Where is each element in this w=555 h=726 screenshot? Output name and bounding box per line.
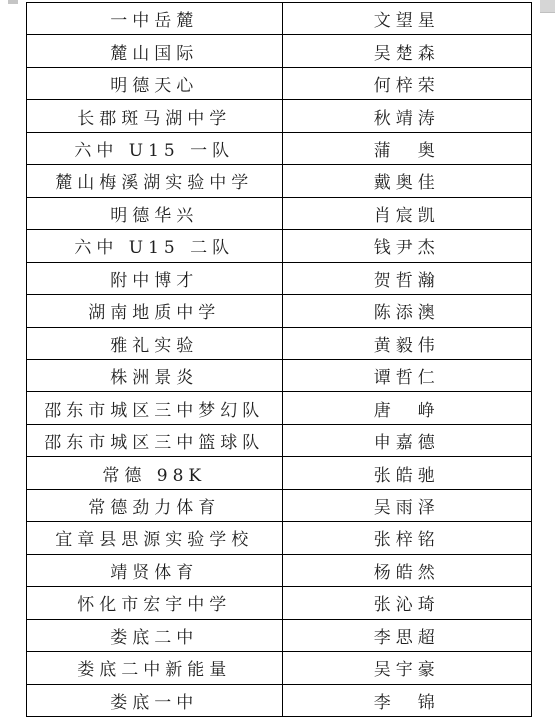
player-name-cell: 杨皓然: [282, 554, 531, 586]
player-name-cell: 申嘉德: [282, 424, 531, 456]
team-name-cell: 邵东市城区三中篮球队: [27, 424, 283, 456]
table-row: 靖贤体育 杨皓然: [27, 554, 532, 586]
team-name-cell: 邵东市城区三中梦幻队: [27, 392, 283, 424]
table-row: 附中博才 贺哲瀚: [27, 262, 532, 294]
team-name-cell: 娄底一中: [27, 684, 283, 716]
player-name-cell: 张梓铭: [282, 522, 531, 554]
team-name-cell: 明德天心: [27, 67, 283, 99]
player-name-cell: 李思超: [282, 619, 531, 651]
player-name-cell: 吴楚森: [282, 35, 531, 67]
ui-fragment-top-left: [8, 0, 18, 4]
team-name-cell: 六中 U15 一队: [27, 132, 283, 164]
player-name-cell: 唐 峥: [282, 392, 531, 424]
table-row: 明德华兴 肖宸凯: [27, 197, 532, 229]
player-name-cell: 吴雨泽: [282, 489, 531, 521]
team-name-cell: 附中博才: [27, 262, 283, 294]
player-name-cell: 肖宸凯: [282, 197, 531, 229]
team-name-cell: 常德 98K: [27, 457, 283, 489]
player-name-cell: 戴奥佳: [282, 165, 531, 197]
team-name-cell: 雅礼实验: [27, 327, 283, 359]
team-name-cell: 常德劲力体育: [27, 489, 283, 521]
table-row: 湖南地质中学 陈添澳: [27, 295, 532, 327]
table-row: 麓山国际 吴楚森: [27, 35, 532, 67]
table-row: 怀化市宏宇中学 张沁琦: [27, 587, 532, 619]
table-row: 宜章县思源实验学校 张梓铭: [27, 522, 532, 554]
player-name-cell: 张皓驰: [282, 457, 531, 489]
team-name-cell: 株洲景炎: [27, 359, 283, 391]
table-row: 娄底二中新能量 吴宇豪: [27, 652, 532, 684]
player-name-cell: 黄毅伟: [282, 327, 531, 359]
table-row: 常德劲力体育 吴雨泽: [27, 489, 532, 521]
team-name-cell: 长郡斑马湖中学: [27, 100, 283, 132]
roster-table-body: 一中岳麓 文望星 麓山国际 吴楚森 明德天心 何梓荣 长郡斑马湖中学 秋靖涛 六…: [27, 3, 532, 717]
player-name-cell: 钱尹杰: [282, 230, 531, 262]
player-name-cell: 李 锦: [282, 684, 531, 716]
player-name-cell: 秋靖涛: [282, 100, 531, 132]
team-name-cell: 靖贤体育: [27, 554, 283, 586]
table-row: 娄底一中 李 锦: [27, 684, 532, 716]
table-row: 娄底二中 李思超: [27, 619, 532, 651]
team-name-cell: 麓山国际: [27, 35, 283, 67]
scrollbar-fragment[interactable]: [540, 0, 555, 13]
team-name-cell: 娄底二中: [27, 619, 283, 651]
table-row: 一中岳麓 文望星: [27, 3, 532, 35]
team-name-cell: 娄底二中新能量: [27, 652, 283, 684]
table-row: 邵东市城区三中篮球队 申嘉德: [27, 424, 532, 456]
team-name-cell: 宜章县思源实验学校: [27, 522, 283, 554]
player-name-cell: 贺哲瀚: [282, 262, 531, 294]
table-row: 明德天心 何梓荣: [27, 67, 532, 99]
table-row: 株洲景炎 谭哲仁: [27, 359, 532, 391]
player-name-cell: 谭哲仁: [282, 359, 531, 391]
player-name-cell: 文望星: [282, 3, 531, 35]
table-row: 雅礼实验 黄毅伟: [27, 327, 532, 359]
team-name-cell: 怀化市宏宇中学: [27, 587, 283, 619]
table-row: 麓山梅溪湖实验中学 戴奥佳: [27, 165, 532, 197]
roster-table: 一中岳麓 文望星 麓山国际 吴楚森 明德天心 何梓荣 长郡斑马湖中学 秋靖涛 六…: [26, 2, 532, 717]
team-name-cell: 一中岳麓: [27, 3, 283, 35]
player-name-cell: 张沁琦: [282, 587, 531, 619]
team-name-cell: 六中 U15 二队: [27, 230, 283, 262]
player-name-cell: 蒲 奥: [282, 132, 531, 164]
player-name-cell: 何梓荣: [282, 67, 531, 99]
team-name-cell: 麓山梅溪湖实验中学: [27, 165, 283, 197]
table-row: 六中 U15 二队 钱尹杰: [27, 230, 532, 262]
team-name-cell: 明德华兴: [27, 197, 283, 229]
team-name-cell: 湖南地质中学: [27, 295, 283, 327]
table-row: 六中 U15 一队 蒲 奥: [27, 132, 532, 164]
table-row: 长郡斑马湖中学 秋靖涛: [27, 100, 532, 132]
table-row: 常德 98K 张皓驰: [27, 457, 532, 489]
table-row: 邵东市城区三中梦幻队 唐 峥: [27, 392, 532, 424]
player-name-cell: 吴宇豪: [282, 652, 531, 684]
player-name-cell: 陈添澳: [282, 295, 531, 327]
